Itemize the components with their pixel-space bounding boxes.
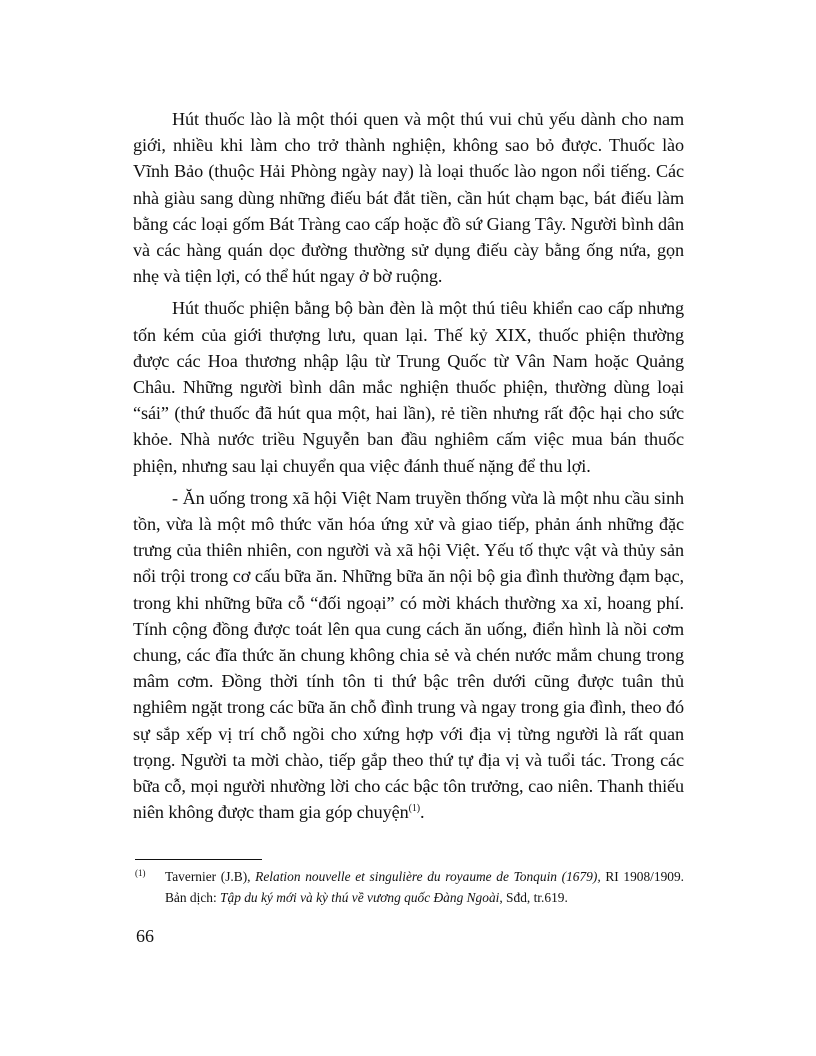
footnote-divider bbox=[135, 859, 262, 860]
footnote-title-vietnamese: Tập du ký mới và kỳ thú về vương quốc Đà… bbox=[220, 890, 499, 905]
book-page: Hút thuốc lào là một thói quen và một th… bbox=[0, 0, 816, 1056]
footnote: (1) Tavernier (J.B), Relation nouvelle e… bbox=[133, 866, 684, 908]
footnote-body: Tavernier (J.B), Relation nouvelle et si… bbox=[133, 866, 684, 908]
footnote-marker: (1) bbox=[135, 863, 146, 884]
paragraph-eating-trailing: . bbox=[420, 802, 424, 822]
paragraph-tobacco: Hút thuốc lào là một thói quen và một th… bbox=[133, 106, 684, 289]
page-number: 66 bbox=[136, 925, 154, 947]
footnote-reference[interactable]: (1) bbox=[409, 803, 420, 814]
footnote-tail: , Sđd, tr.619. bbox=[499, 890, 567, 905]
paragraph-opium: Hút thuốc phiện bằng bộ bàn đèn là một t… bbox=[133, 295, 684, 478]
paragraph-eating: - Ăn uống trong xã hội Việt Nam truyền t… bbox=[133, 485, 684, 826]
paragraph-eating-text: - Ăn uống trong xã hội Việt Nam truyền t… bbox=[133, 488, 684, 822]
body-text: Hút thuốc lào là một thói quen và một th… bbox=[133, 106, 684, 831]
footnote-title-french: Relation nouvelle et singulière du royau… bbox=[255, 869, 601, 884]
footnote-author: Tavernier (J.B), bbox=[165, 869, 255, 884]
